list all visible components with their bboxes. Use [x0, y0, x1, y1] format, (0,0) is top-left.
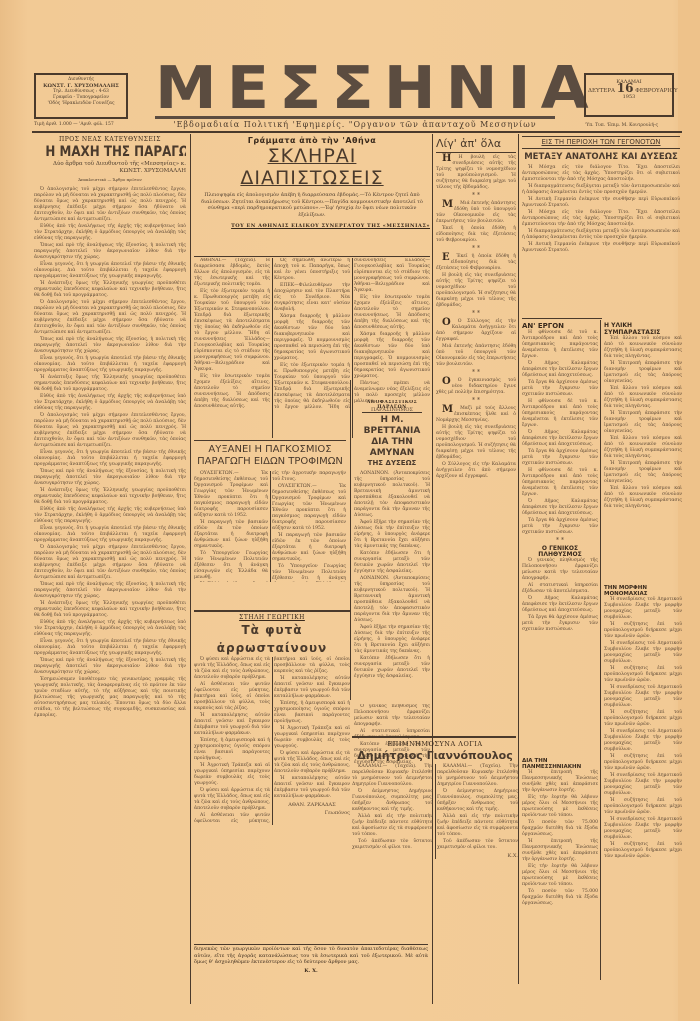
- column-rule: [518, 134, 519, 984]
- article-body: ΟΥΑΣΙΓΚΤΩΝ.— Ἐκ δημοσιευθείσης ἐκθέσεως …: [194, 471, 346, 582]
- paragraph: Ὁ φύσει καὶ ἀρρώστια εἰς τὰ φυτὰ τῆς Ἑλλ…: [194, 657, 270, 681]
- paragraph: Ἀφοῦ ἐξῆρε τὴν σημασίαν τῆς Δύσεως διὰ τ…: [354, 625, 430, 655]
- article-headline: Δημήτριος Γιαννόπουλος: [352, 748, 518, 764]
- article-sympathies: Η ΥΛΙΚΗ ΣΥΜΠΑΡΑΣΤΑΣΙΣ Ἐπὶ ἄλλου τοῦ κόσμ…: [604, 322, 682, 582]
- date-day: 16: [617, 81, 634, 95]
- paragraph: Ἡ συζήτησις ἐπὶ τοῦ προϋπολογισμοῦ διήρκ…: [604, 754, 682, 772]
- section-rule: [194, 440, 346, 441]
- article-headline: Η ΜΑΧΗ ΤΗΣ ΠΑΡΑΓΩΓΗΣ: [45, 143, 174, 161]
- section-rule: [194, 610, 350, 612]
- article-headline: Τὰ φυτὰ ἀρρωσταίνουν: [194, 621, 350, 657]
- section-rule: [194, 256, 430, 257]
- paragraph: Ἡ ἐπιτροπὴ τῆς Πανμεσσηνιακῆς Ἑνώσεως συ…: [522, 839, 598, 863]
- article-food: ΑΥΞΑΝΕΙ Η ΠΑΓΚΟΣΜΙΟΣ ΠΑΡΑΓΩΓΗ ΕΙΔΩΝ ΤΡΟΦ…: [194, 444, 346, 582]
- paragraph: Ὁ Δῆμος Καλαμάτας ἀπεφάσισε τὴν ἐκτέλεσι…: [522, 430, 598, 448]
- article-body: ΛΟΝΔΙΝΟΝ. (Ἀνταποκρίσεις τῆς ὑπηρεσίας τ…: [354, 471, 430, 680]
- editor-box: Διευθυντής ΚΩΝΣΤ. Γ. ΧΡΥΣΟΜΑΛΛΗΣ Τηλ. Δι…: [34, 73, 128, 119]
- paragraph: ΚΑΛΑΜΑΙ.— (Ταχεῖα). Τὴν παρελθοῦσαν Κυρι…: [437, 764, 518, 788]
- brief-item: Μιά ἐκτενὴς ἀπάντησις ἐδόθη ὑπὸ τοῦ ὑπου…: [436, 344, 516, 368]
- date-box: ΚΑΛΑΜΑΙ ΔΕΥΤΕΡΑ 16 ΦΕΒΡΟΥΑΡΙΟΥ 1953: [584, 73, 674, 117]
- paragraph: Ἡ ἐπιτροπὴ τῆς Πανμεσσηνιακῆς Ἑνώσεως συ…: [522, 770, 598, 794]
- article-fencing: ΤΗΝ ΜΟΡΦΗΝ ΜΟΝΟΜΑΧΙΑΣ Ἡ συνεδρίασις τοῦ …: [604, 585, 682, 985]
- drop-cap: Η: [436, 155, 451, 163]
- paragraph: ΛΟΝΔΙΝΟΝ. (Ἀνταποκρίσεις τῆς ὑπηρεσίας τ…: [354, 576, 430, 624]
- brief-item: ΜΜαζὶ μὲ τοὺς ἄλλους ἐπισκέπτας ἦλθε καὶ…: [436, 406, 516, 424]
- paragraph: Αἱ στατιστικαὶ ὑπηρεσίαι ἐξέδωσαν τὰ ἀπο…: [522, 583, 598, 595]
- article-deck: Πλειοψηφία εἰς ἀπολογισμὸν ἀπέβη ἡ διαρρ…: [194, 192, 430, 218]
- paragraph: Ἡ συζήτησις ἐπὶ τοῦ προϋπολογισμοῦ διήρκ…: [604, 710, 682, 728]
- publisher-note: 'Υπ. Τυπ. 'Επιμ. Μ. Κουτρουλή-ς: [585, 123, 658, 128]
- paragraph: Ὁ γενικὸς πληθυσμὸς τῆς Πελοποννήσου ἐμφ…: [354, 704, 430, 728]
- article-headline-2: ΠΑΡΑΓΩΓΗ ΕΙΔΩΝ ΤΡΟΦΙΜΩΝ: [194, 456, 346, 468]
- briefs-column: Λίγ' ἀπ' ὅλα ΗΗ βουλὴ εἰς τὰς συνεδριάσε…: [436, 136, 516, 736]
- paragraph: Εἶναι γεγονός, ὅτι ἡ γεωργία ἀποτελεῖ τὴ…: [34, 639, 186, 657]
- paragraph: Ἡ συζήτησις ἐπὶ τοῦ προϋπολογισμοῦ διήρκ…: [604, 666, 682, 684]
- article-credit: ΤΟΥ ΕΝ ΑΘΗΝΑΙΣ ΕΙΔΙΚΟΥ ΣΥΝΕΡΓΑΤΟΥ ΤΗΣ «Μ…: [194, 223, 430, 229]
- briefs-headline: Λίγ' ἀπ' ὅλα: [436, 136, 516, 152]
- paragraph: Ὁ ἀπολογισμὸς τοῦ μέχρι σήμερον ἐπιτελεσ…: [34, 187, 186, 223]
- paragraph: Ὁ γενικὸς πληθυσμὸς τῆς Πελοποννήσου ἐμφ…: [522, 558, 598, 582]
- paragraph: Ἡ Ἐπιτροπὴ ἀπεφάσισε τὴν διανομὴν τροφίμ…: [604, 411, 682, 435]
- paragraph: Ὅπως καὶ πρὸ τῆς ἀναλήψεως τῆς ἐξουσίας,…: [34, 243, 186, 261]
- article-headline: ΜΕΤΑΞΥ ΑΝΑΤΟΛΗΣ ΚΑΙ ΔΥΣΕΩΣ: [522, 149, 680, 165]
- paragraph: Η φθίνουσα δὲ τοῦ κ. Ἀντιπροέδρου καὶ ἀπ…: [522, 468, 598, 498]
- newspaper-page: Διευθυντής ΚΩΝΣΤ. Γ. ΧΡΥΣΟΜΑΛΛΗΣ Τηλ. Δι…: [0, 0, 700, 1021]
- brief-item: Η βουλὴ εἰς τὰς συνεδριάσεις αὐτῆς τῆς Τ…: [436, 425, 516, 461]
- article-festival: ΔΙΑ ΤΗΝ ΠΑΝΜΕΣΣΗΝΙΑΚΗΝ Ἡ ἐπιτροπὴ τῆς Πα…: [522, 758, 598, 988]
- masthead-title: ΜΕΣΣΗΝΙΑ: [155, 63, 555, 112]
- article-headline: ΑΝ' ΕΡΓΟΝ: [522, 322, 598, 330]
- article-work: ΑΝ' ΕΡΓΟΝ Η φθίνουσα δὲ τοῦ κ. Ἀντιπροέδ…: [522, 322, 598, 762]
- brief-item: ΗΗ βουλὴ εἰς τὰς συνεδριάσεις αὐτῆς τῆς …: [436, 155, 516, 191]
- paragraph: Ἡ διαπραγμάτευσις διεξάγεται μεταξὺ τῶν …: [522, 229, 680, 241]
- paragraph: Ἡ συνεδρίασις τοῦ Δημοτικοῦ Συμβουλίου ἔ…: [604, 773, 682, 797]
- memorial-initials: Κ.Χ.: [437, 853, 518, 859]
- article-east-west: ΕΙΣ ΤΗ ΠΕΡΙΟΧΗ ΤΩΝ ΓΕΓΟΝΟΤΩΝ ΜΕΤΑΞΥ ΑΝΑΤ…: [522, 136, 680, 316]
- paragraph: Ἡ Ἐπιτροπὴ ἀπεφάσισε τὴν διανομὴν τροφίμ…: [604, 461, 682, 485]
- paragraph: Ὁ Δῆμος Καλαμάτας ἀπεφάσισε τὴν ἐκτέλεσι…: [522, 361, 598, 379]
- brief-item: Η βουλὴ εἰς τὰς συνεδριάσεις αὐτῆς τῆς Τ…: [436, 273, 516, 309]
- top-rule: [32, 131, 682, 133]
- brief-item: ΟΟ Σύλλογος εἰς τὴν Καλαμάτα ἀνήγγειλεν …: [436, 319, 516, 343]
- article-athens-head: Γράμματα ἀπὸ τὴν 'Αθήνα ΣΚΛΗΡΑΙ ΔΙΑΠΙΣΤΩ…: [194, 136, 430, 256]
- separator-icon: * *: [522, 538, 598, 544]
- paragraph: Ὁ ἀείμνηστος Δημήτριος Γιαννόπουλος, συμ…: [352, 789, 433, 813]
- paragraph: Εἰς τὸν ἐσωτερικὸν τομέα ἔχομεν ἐξελίξει…: [194, 374, 270, 410]
- paragraph: ΑΘΗΝΑΙ.— (Ταχεῖα). Ἡ διαρρεύσασα ἑβδομὰς…: [194, 258, 270, 288]
- article-body: Ὁ φύσει καὶ ἀρρώστια εἰς τὰ φυτὰ τῆς Ἑλλ…: [194, 657, 350, 825]
- paragraph: Ἐσημειώσαμεν ὑποθέτομεν τὰς γενικωτέρας …: [34, 677, 186, 719]
- paragraph: Ὁ φύσει καὶ ἀρρώστια εἰς τὰ φυτὰ τῆς Ἑλλ…: [194, 788, 270, 812]
- paragraph: Η φθίνουσα δὲ τοῦ κ. Ἀντιπροέδρου καὶ ἀπ…: [522, 399, 598, 429]
- paragraph: Τὰ ἔργα θὰ ἀρχίσουν ἀμέσως μετὰ τὴν ἔγκρ…: [522, 518, 598, 536]
- drop-cap: Μ: [436, 201, 453, 209]
- paragraph: Ἡ συζήτησις ἐπὶ τοῦ προϋπολογισμοῦ διήρκ…: [604, 622, 682, 640]
- article-headline-1: Η Μ. ΒΡΕΤΤΑΝΙΑ: [354, 415, 430, 437]
- article-kicker: Ο ΓΕΝΙΚΟΣ ΠΛΗΘΥΣΜΟΣ: [522, 546, 598, 558]
- paragraph: Ἡ παραγωγὴ τῶν βασικῶν εἰδῶν ἐκ τῶν ὁποί…: [272, 533, 346, 563]
- paragraph: Ἡ συνεδρίασις τοῦ Δημοτικοῦ Συμβουλίου ἔ…: [604, 641, 682, 665]
- paragraph: Ἡ καταπολέμησις αὐτῶν ἀπαιτεῖ γνῶσιν καὶ…: [274, 676, 350, 700]
- paragraph: Ἀλλὰ καὶ εἰς τὴν πολιτικὴν ζωὴν ἐπέδειξε…: [352, 814, 433, 838]
- paragraph: Ἡ συζήτησις ἐπὶ τοῦ προϋπολογισμοῦ διήρκ…: [604, 798, 682, 816]
- article-kicker: ΕΙΣ ΤΗ ΠΕΡΙΟΧΗ ΤΩΝ ΓΕΓΟΝΟΤΩΝ: [522, 136, 680, 149]
- article-headline: ΔΙΑ ΤΗΝ ΠΑΝΜΕΣΣΗΝΙΑΚΗΝ: [522, 758, 598, 770]
- paragraph: Χάσμα διαρροῆς ἡ μᾶλλον μορφὴ τῆς διαρρο…: [274, 314, 350, 362]
- paragraph: Εἶναι γεγονός, ὅτι ἡ γεωργία ἀποτελεῖ τὴ…: [34, 356, 186, 374]
- paragraph: Εἰς τὸν ἐξωτερικὸν τομέα ἡ κ. Πρωθυπουργ…: [194, 289, 270, 373]
- paragraph: Η φθίνουσα δὲ τοῦ κ. Ἀντιπροέδρου καὶ ἀπ…: [522, 330, 598, 360]
- paragraph: Ὅπως καὶ πρὸ τῆς ἀναλήψεως τῆς ἐξουσίας,…: [34, 582, 186, 600]
- paragraph: Ὡς σημειώθη ἀνωτέρω ἡ ἀποχὴ τοῦ κ. Παπαρ…: [274, 258, 350, 282]
- paragraph: Κατόπιν ἐδήλωσεν ὅτι ἡ συνεργασία μεταξὺ…: [354, 656, 430, 680]
- paragraph: Εἶναι γεγονός, ὅτι ἡ γεωργία ἀποτελεῖ τὴ…: [34, 526, 186, 544]
- drop-cap: Ο: [436, 378, 451, 386]
- brief-item: ΜΜιά ἐκτενὴς ἀπάντησις ἐδόθη ὑπὸ τοῦ ὑπο…: [436, 201, 516, 225]
- paragraph: ΚΑΛΑΜΑΙ.— (Ταχεῖα). Τὴν παρελθοῦσαν Κυρι…: [352, 764, 433, 788]
- article-kicker: ΑΠΟΦΑΣΙΣΤΙΚΟΣ ΠΑΡΑΓΩΝ: [354, 400, 430, 410]
- signoff-name: ΑΘΑΝ. ΖΑΡΚΑΔΑΣ: [274, 802, 350, 808]
- paragraph: Ἐπίσης, ἡ ἀμειψισπορὰ καὶ ἡ χρησιμοποίησ…: [194, 738, 270, 762]
- article-memorial: ΕΠΙΜΝΗΜΟΣΥΝΑ ΛΟΓΙΑ Δημήτριος Γιαννόπουλο…: [352, 740, 518, 990]
- paragraph: Ἡ Δυτικὴ Γερμανία ἐνέκρινε τὴν συνθήκην …: [522, 242, 680, 254]
- paragraph: Ἡ Ἐπιτροπὴ ἀπεφάσισε τὴν διανομὴν τροφίμ…: [604, 361, 682, 385]
- paragraph: Ὅπως καὶ πρὸ τῆς ἀναλήψεως τῆς ἐξουσίας,…: [34, 658, 186, 676]
- paragraph: Εἰς τὴν ἑορτὴν θὰ λάβουν μέρος ὅλοι οἱ Μ…: [522, 864, 598, 888]
- paragraph: Ἐπὶ ἄλλου τοῦ κόσμου καὶ ἀπὸ τὸ κοινωνικ…: [604, 336, 682, 360]
- paragraph: Ἡ Ἀγροτικὴ Τράπεζα καὶ αἱ γεωργικαὶ ὑπηρ…: [194, 763, 270, 787]
- paragraph: Ἡ συζήτησις ἐπὶ τοῦ προϋπολογισμοῦ διήρκ…: [604, 842, 682, 860]
- paragraph: Ἡ καταπολέμησις αὐτῶν ἀπαιτεῖ γνῶσιν καὶ…: [274, 776, 350, 800]
- column-rule: [600, 320, 601, 980]
- paragraph: Τὰ ἔργα θὰ ἀρχίσουν ἀμέσως μετὰ τὴν ἔγκρ…: [522, 615, 598, 633]
- paragraph: Χάσμα διαρροῆς ἡ μᾶλλον μορφὴ τῆς διαρρο…: [354, 332, 430, 380]
- article-headline: Η ΥΛΙΚΗ ΣΥΜΠΑΡΑΣΤΑΣΙΣ: [604, 322, 682, 336]
- paragraph: Ἡ Δυτικὴ Γερμανία ἐνέκρινε τὴν συνθήκην …: [522, 197, 680, 209]
- paragraph: Ἡ συνεδρίασις τοῦ Δημοτικοῦ Συμβουλίου ἔ…: [604, 729, 682, 753]
- paragraph: Εὐθὺς ἀπὸ τῆς ἀναλήψεως τῆς ἀρχῆς τῆς κυ…: [34, 620, 186, 638]
- paragraph: Κατόπιν ἐδήλωσεν ὅτι ἡ συνεργασία μεταξὺ…: [354, 551, 430, 575]
- brief-item: ΟΟ ἐγκαινιασμὸς τοῦ νέου διδακτηρίου ἔγι…: [436, 378, 516, 396]
- paragraph: Ἡ ἀνάπτυξις ὅμως τῆς Ἑλληνικῆς γεωργίας …: [34, 601, 186, 619]
- paragraph: ΛΟΝΔΙΝΟΝ. (Ἀνταποκρίσεις τῆς ὑπηρεσίας τ…: [354, 471, 430, 519]
- article-body: ΚΑΛΑΜΑΙ.— (Ταχεῖα). Τὴν παρελθοῦσαν Κυρι…: [352, 764, 518, 859]
- section-rule: [522, 318, 602, 319]
- paragraph: Εἰς τὸν ἐσωτερικὸν τομέα ἔχομεν ἐξελίξει…: [354, 295, 430, 331]
- article-body: Ἡ Μόσχα εἰς τὸν διάλογον Τίτο. Ἔχει ἀποσ…: [522, 165, 680, 254]
- article-headline: ΣΚΛΗΡΑΙ ΔΙΑΠΙΣΤΩΣΕΙΣ: [194, 145, 430, 189]
- paragraph: Ὁ Δῆμος Καλαμάτας ἀπεφάσισε τὴν ἐκτέλεσι…: [522, 596, 598, 614]
- brief-item: Ο Σύλλογος εἰς τὴν Καλαμάτα ἀνήγγειλεν ὅ…: [436, 462, 516, 480]
- paragraph: Ἡ ἀνάπτυξις ὅμως τῆς Ἑλληνικῆς γεωργίας …: [34, 488, 186, 506]
- editor-address: 'Οδὸς 'Ηρακλειδῶν Γουνέζας: [38, 101, 124, 107]
- paragraph: Τοῦ ἀπέδωσαν τὸν ὕστατον χαιρετισμὸν οἱ …: [352, 839, 433, 851]
- article-body: Ὁ ἀπολογισμὸς τοῦ μέχρι σήμερον ἐπιτελεσ…: [34, 187, 186, 719]
- paragraph: Ἡ Ἀγροτικὴ Τράπεζα καὶ αἱ γεωργικαὶ ὑπηρ…: [274, 726, 350, 750]
- paragraph: Ὁ ἀπολογισμὸς τοῦ μέχρι σήμερον ἐπιτελεσ…: [34, 413, 186, 449]
- drop-cap: Ο: [436, 319, 451, 327]
- article-britain: ΑΠΟΦΑΣΙΣΤΙΚΟΣ ΠΑΡΑΓΩΝ Η Μ. ΒΡΕΤΤΑΝΙΑ ΔΙΑ…: [354, 400, 430, 700]
- article-kicker: Γράμματα ἀπὸ τὴν 'Αθήνα: [194, 136, 430, 145]
- column-rule: [190, 134, 191, 1004]
- paragraph: Ὅπως καὶ πρὸ τῆς ἀναλήψεως τῆς ἐξουσίας,…: [34, 337, 186, 355]
- paragraph: Ἡ συνεδρίασις τοῦ Δημοτικοῦ Συμβουλίου ἔ…: [604, 817, 682, 841]
- paragraph: Τὸ Ὑπουργεῖον Γεωργίας τῶν Ἡνωμένων Πολι…: [194, 551, 268, 581]
- paragraph: Εὐθὺς ἀπὸ τῆς ἀναλήψεως τῆς ἀρχῆς τῆς κυ…: [34, 507, 186, 525]
- paragraph: Ἡ Μόσχα εἰς τὸν διάλογον Τίτο. Ἔχει ἀποσ…: [522, 165, 680, 183]
- paragraph: Ἡ παραγωγὴ τῶν βασικῶν εἰδῶν ἐκ τῶν ὁποί…: [194, 520, 268, 550]
- paragraph: Εἶναι γεγονός, ὅτι ἡ γεωργία ἀποτελεῖ τὴ…: [34, 262, 186, 280]
- paragraph: Ἡ συνεδρίασις τοῦ Δημοτικοῦ Συμβουλίου ἔ…: [604, 685, 682, 709]
- paragraph: Ἡ διαπραγμάτευσις διεξάγεται μεταξὺ τῶν …: [522, 184, 680, 196]
- briefs-list: ΗΗ βουλὴ εἰς τὰς συνεδριάσεις αὐτῆς τῆς …: [436, 155, 516, 480]
- section-rule: [436, 152, 516, 153]
- paragraph: Ἡ καταπολέμησις αὐτῶν ἀπαιτεῖ γνῶσιν καὶ…: [194, 713, 270, 737]
- paragraph: Ἡ Μόσχα εἰς τὸν διάλογον Τίτο. Ἔχει ἀποσ…: [522, 210, 680, 228]
- paragraph: Ἐπὶ ἄλλου τοῦ κόσμου καὶ ἀπὸ τὸ κοινωνικ…: [604, 486, 682, 510]
- paragraph: Εἰς τὴν ἑορτὴν θὰ λάβουν μέρος ὅλοι οἱ Μ…: [522, 795, 598, 819]
- paragraph: Ὅπως καὶ πρὸ τῆς ἀναλήψεως τῆς ἐξουσίας,…: [34, 469, 186, 487]
- article-body: ΑΘΗΝΑΙ.— (Ταχεῖα). Ἡ διαρρεύσασα ἑβδομὰς…: [194, 258, 430, 413]
- paragraph: Ὁ ἀπολογισμὸς τοῦ μέχρι σήμερον ἐπιτελεσ…: [34, 545, 186, 581]
- article-deck: Δύο ἄρθρα τοῦ Διευθυντοῦ τῆς «Μεσσηνίας»…: [34, 161, 186, 174]
- paragraph: Ὁ Δῆμος Καλαμάτας ἀπεφάσισε τὴν ἐκτέλεσι…: [522, 499, 598, 517]
- paragraph: Ἀφοῦ ἐξῆρε τὴν σημασίαν τῆς Δύσεως διὰ τ…: [354, 520, 430, 550]
- date-month: ΦΕΒΡΟΥΑΡΙΟΥ: [635, 88, 677, 94]
- article-kicker: ΕΠΙΜΝΗΜΟΣΥΝΑ ΛΟΓΙΑ: [352, 740, 518, 748]
- article-body: Ἡ ἐπιτροπὴ τῆς Πανμεσσηνιακῆς Ἑνώσεως συ…: [522, 770, 598, 907]
- article-agriculture: ΣΤΗΛΗ ΓΕΩΡΓΙΚΗ Τὰ φυτὰ ἀρρωσταίνουν Ὁ φύ…: [194, 614, 350, 944]
- paragraph: Ὁ ἀείμνηστος Δημήτριος Γιαννόπουλος, συμ…: [437, 789, 518, 813]
- date-year: 1953: [588, 94, 670, 100]
- paragraph: ΕΠΕΚ—Φιλελευθέρων τὴν ἀποχώρησιν καὶ τὸν…: [274, 283, 350, 313]
- paragraph: Ἐπίσης, ἡ ἀμειψισπορὰ καὶ ἡ χρησιμοποίησ…: [274, 701, 350, 725]
- paragraph: Ἀλλὰ καὶ εἰς τὴν πολιτικὴν ζωὴν ἐπέδειξε…: [437, 814, 518, 838]
- drop-cap: Ε: [436, 254, 450, 262]
- paragraph: Τοῦ ἀπέδωσαν τὸν ὕστατον χαιρετισμὸν οἱ …: [437, 839, 518, 851]
- date-weekday: ΔΕΥΤΕΡΑ: [588, 88, 615, 94]
- article-headline: ΤΗΝ ΜΟΡΦΗΝ ΜΟΝΟΜΑΧΙΑΣ: [604, 585, 682, 597]
- kicker-rule: [362, 412, 422, 413]
- paragraph: Εὐθὺς ἀπὸ τῆς ἀναλήψεως τῆς ἀρχῆς τῆς κυ…: [34, 394, 186, 412]
- paragraph: Ὁ ἀπολογισμὸς τοῦ μέχρι σήμερον ἐπιτελεσ…: [34, 300, 186, 336]
- article-headline-2: ΔΙΑ ΤΗΝ ΑΜΥΝΑΝ: [354, 437, 430, 459]
- article-kicker: ΠΡΟΣ ΝΕΑΣ ΚΑΤΕΥΘΥΝΣΕΙΣ: [34, 136, 186, 143]
- paragraph: Ἐπὶ ἄλλου τοῦ κόσμου καὶ ἀπὸ τὸ κοινωνικ…: [604, 386, 682, 410]
- paragraph: Τὸ ποσὸν τῶν 75.000 δραχμῶν διετέθη διὰ …: [522, 889, 598, 907]
- article-body: Η φθίνουσα δὲ τοῦ κ. Ἀντιπροέδρου καὶ ἀπ…: [522, 330, 598, 633]
- paragraph: ΟΥΑΣΙΓΚΤΩΝ.— Ἐκ δημοσιευθείσης ἐκθέσεως …: [194, 471, 268, 519]
- section-rule: [352, 736, 516, 738]
- article-note: Ἀποκλειστικὸ — Ἄρθρο πρῶτον: [34, 177, 186, 184]
- article-headline-3: ΤΗΣ ΔΥΣΕΩΣ: [354, 459, 430, 468]
- column-rule: [350, 380, 351, 700]
- paragraph: Ἡ συνεδρίασις τοῦ Δημοτικοῦ Συμβουλίου ἔ…: [604, 597, 682, 621]
- signoff-title: Γεωπόνος: [274, 810, 350, 816]
- paragraph: Ἡ ἀνάπτυξις ὅμως τῆς Ἑλληνικῆς γεωργίας …: [34, 375, 186, 393]
- price-issue: Τιμὴ ἀριθ. 1.000 — 'Αριθ. φύλ. 157: [34, 122, 114, 127]
- paragraph: Εὐθὺς ἀπὸ τῆς ἀναλήψεως τῆς ἀρχῆς τῆς κυ…: [34, 224, 186, 242]
- brief-item: Ἐκεῖ ἡ ὁποία ἐδόθη ἡ εἰδοποίησις διὰ τὰς…: [436, 226, 516, 244]
- masthead: ΜΕΣΣΗΝΙΑ 'Εβδομαδιαία Πολιτική 'Εφημερίς…: [155, 62, 555, 124]
- brief-item: ΕἘκεῖ ἡ ὁποία ἐδόθη ἡ εἰδοποίησις διὰ τὰ…: [436, 254, 516, 272]
- paragraph: Ἐπὶ ἄλλου τοῦ κόσμου καὶ ἀπὸ τὸ κοινωνικ…: [604, 436, 682, 460]
- paragraph: Τὸ ποσὸν τῶν 75.000 δραχμῶν διετέθη διὰ …: [522, 820, 598, 838]
- article-headline-1: ΑΥΞΑΝΕΙ Η ΠΑΓΚΟΣΜΙΟΣ: [194, 444, 346, 456]
- article-production: ΠΡΟΣ ΝΕΑΣ ΚΑΤΕΥΘΥΝΣΕΙΣ Η ΜΑΧΗ ΤΗΣ ΠΑΡΑΓΩ…: [34, 136, 186, 1016]
- paragraph: Εἶναι γεγονός, ὅτι ἡ γεωργία ἀποτελεῖ τὴ…: [34, 450, 186, 468]
- paragraph: Αἱ ἀσθένειαι τῶν φυτῶν ὀφείλονται εἰς μύ…: [194, 682, 270, 712]
- paragraph: ΟΥΑΣΙΓΚΤΩΝ.— Ἐκ δημοσιευθείσης ἐκθέσεως …: [272, 484, 346, 532]
- drop-cap: Μ: [436, 406, 453, 414]
- paragraph: Τὸ Ὑπουργεῖον Γεωργίας τῶν Ἡνωμένων Πολι…: [272, 564, 346, 582]
- article-body: Ἡ συνεδρίασις τοῦ Δημοτικοῦ Συμβουλίου ἔ…: [604, 597, 682, 860]
- article-kicker: ΣΤΗΛΗ ΓΕΩΡΓΙΚΗ: [194, 614, 350, 621]
- paragraph: Ἡ ἀνάπτυξις ὅμως τῆς Ἑλληνικῆς γεωργίας …: [34, 281, 186, 299]
- paragraph: Τὰ ἔργα θὰ ἀρχίσουν ἀμέσως μετὰ τὴν ἔγκρ…: [522, 380, 598, 398]
- paragraph: Ὁ φύσει καὶ ἀρρώστια εἰς τὰ φυτὰ τῆς Ἑλλ…: [274, 751, 350, 775]
- article-body: Ἐπὶ ἄλλου τοῦ κόσμου καὶ ἀπὸ τὸ κοινωνικ…: [604, 336, 682, 510]
- paragraph: Τὰ ἔργα θὰ ἀρχίσουν ἀμέσως μετὰ τὴν ἔγκρ…: [522, 449, 598, 467]
